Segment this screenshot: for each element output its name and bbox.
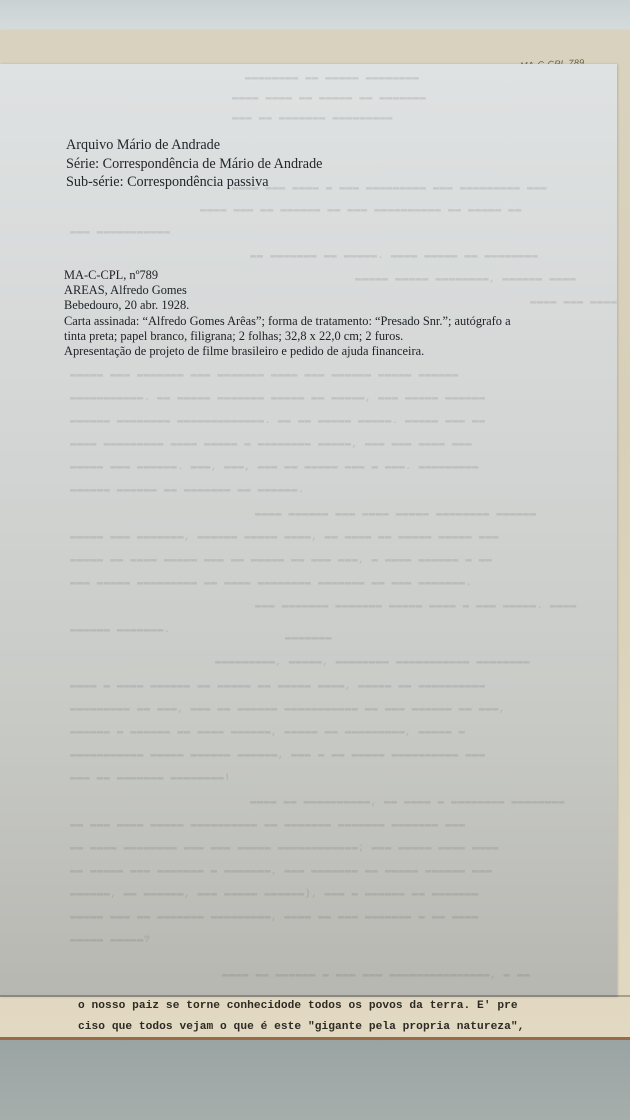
place-date: Bebedouro, 20 abr. 1928.	[64, 298, 534, 313]
typed-line: o nosso paiz se torne conhecidode todos …	[78, 996, 524, 1017]
catalog-entry: MA-C-CPL, nº789 AREAS, Alfredo Gomes Beb…	[64, 268, 534, 359]
catalog-header: Arquivo Mário de Andrade Série: Correspo…	[66, 136, 322, 192]
physical-description-continued: tinta preta; papel branco, filigrana; 2 …	[64, 329, 534, 344]
typed-letter-excerpt: o nosso paiz se torne conhecidode todos …	[78, 996, 524, 1038]
content-summary: Apresentação de projeto de filme brasile…	[64, 344, 534, 359]
archive-name: Arquivo Mário de Andrade	[66, 136, 322, 155]
physical-description: Carta assinada: “Alfredo Gomes Arêas”; f…	[64, 314, 534, 329]
photo-backdrop-bottom	[0, 1040, 630, 1120]
series-name: Série: Correspondência de Mário de Andra…	[66, 155, 322, 174]
reference-code: MA-C-CPL, nº789	[64, 268, 534, 283]
subseries-name: Sub-série: Correspondência passiva	[66, 173, 322, 192]
author-name: AREAS, Alfredo Gomes	[64, 283, 534, 298]
catalog-sheet: ▬▬▬▬▬▬▬▬ ▬▬ ▬▬▬▬▬ ▬▬▬▬▬▬▬▬ ▬▬▬▬ ▬▬▬▬ ▬▬ …	[0, 64, 617, 997]
photo-backdrop-top	[0, 0, 630, 32]
typed-line: ciso que todos vejam o que é este "gigan…	[78, 1017, 524, 1038]
